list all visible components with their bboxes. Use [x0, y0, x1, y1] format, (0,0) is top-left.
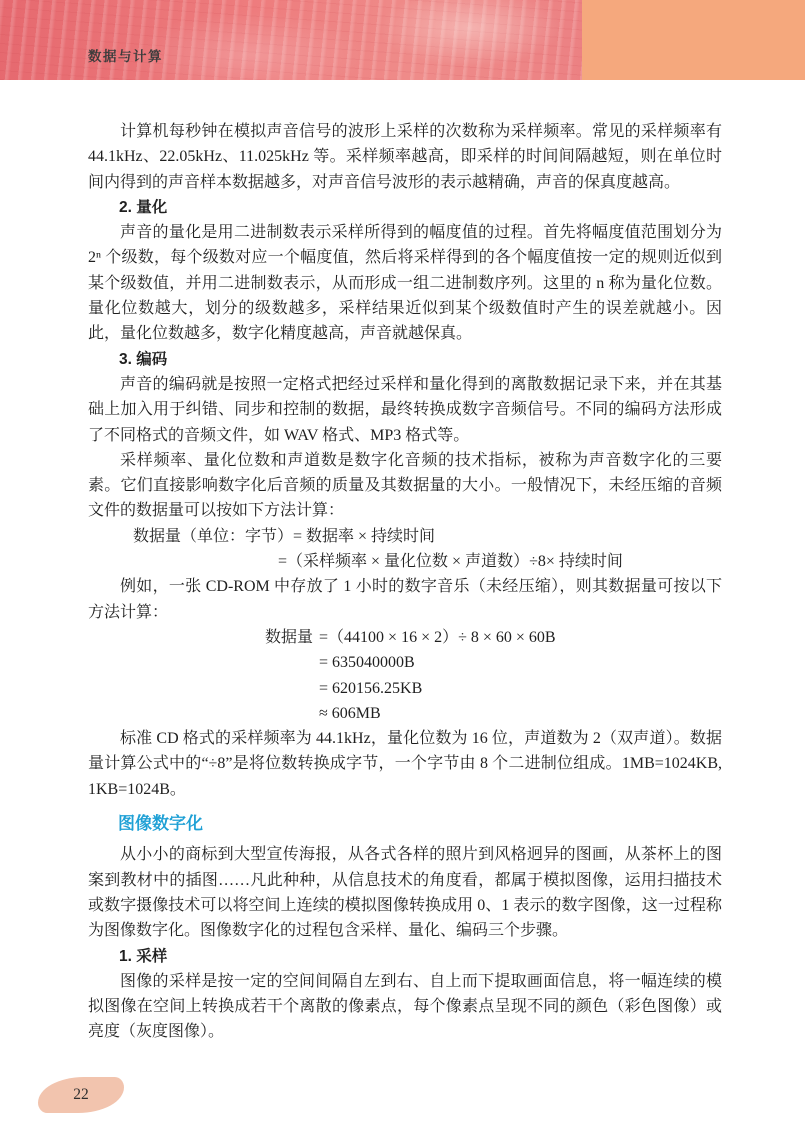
formula-data-amount: 数据量（单位：字节）= 数据率 × 持续时间: [133, 524, 722, 549]
subheading-quantization: 2. 量化: [88, 195, 722, 220]
page-content: 计算机每秒钟在模拟声音信号的波形上采样的次数称为采样频率。常见的采样频率有 44…: [88, 119, 722, 1045]
calculation-line-1: =（44100 × 16 × 2）÷ 8 × 60 × 60B: [319, 625, 556, 650]
calculation-lhs: 数据量: [265, 625, 313, 726]
paragraph-image-intro: 从小小的商标到大型宣传海报，从各式各样的照片到风格迥异的图画，从茶杯上的图案到教…: [88, 842, 722, 943]
formula-data-amount-expanded: =（采样频率 × 量化位数 × 声道数）÷8× 持续时间: [278, 549, 722, 574]
calculation-rhs: =（44100 × 16 × 2）÷ 8 × 60 × 60B = 635040…: [319, 625, 556, 726]
paragraph-quantization: 声音的量化是用二进制数表示采样所得到的幅度值的过程。首先将幅度值范围划分为 2ⁿ…: [88, 220, 722, 346]
calculation-line-2: = 635040000B: [319, 650, 556, 675]
paragraph-cd-standard: 标准 CD 格式的采样频率为 44.1kHz，量化位数为 16 位，声道数为 2…: [88, 726, 722, 802]
paragraph-image-sampling: 图像的采样是按一定的空间间隔自左到右、自上而下提取画面信息，将一幅连续的模拟图像…: [88, 969, 722, 1045]
paragraph-example-intro: 例如，一张 CD-ROM 中存放了 1 小时的数字音乐（未经压缩），则其数据量可…: [88, 574, 722, 625]
page-number-badge: 22: [38, 1077, 124, 1113]
section-heading-image-digitization: 图像数字化: [118, 811, 722, 836]
calculation-block: 数据量 =（44100 × 16 × 2）÷ 8 × 60 × 60B = 63…: [265, 625, 722, 726]
header-orange-block: [582, 0, 805, 80]
textbook-page: 数据与计算 计算机每秒钟在模拟声音信号的波形上采样的次数称为采样频率。常见的采样…: [0, 0, 805, 1145]
paragraph-encoding: 声音的编码就是按照一定格式把经过采样和量化得到的离散数据记录下来，并在其基础上加…: [88, 372, 722, 448]
subheading-image-sampling: 1. 采样: [88, 944, 722, 969]
calculation-line-3: = 620156.25KB: [319, 676, 556, 701]
subheading-encoding: 3. 编码: [88, 347, 722, 372]
page-number: 22: [73, 1086, 89, 1104]
calculation-line-4: ≈ 606MB: [319, 701, 556, 726]
paragraph-sampling-frequency: 计算机每秒钟在模拟声音信号的波形上采样的次数称为采样频率。常见的采样频率有 44…: [88, 119, 722, 195]
paragraph-three-elements: 采样频率、量化位数和声道数是数字化音频的技术指标，被称为声音数字化的三要素。它们…: [88, 448, 722, 524]
chapter-title: 数据与计算: [88, 45, 163, 65]
header-band: 数据与计算: [0, 0, 582, 80]
